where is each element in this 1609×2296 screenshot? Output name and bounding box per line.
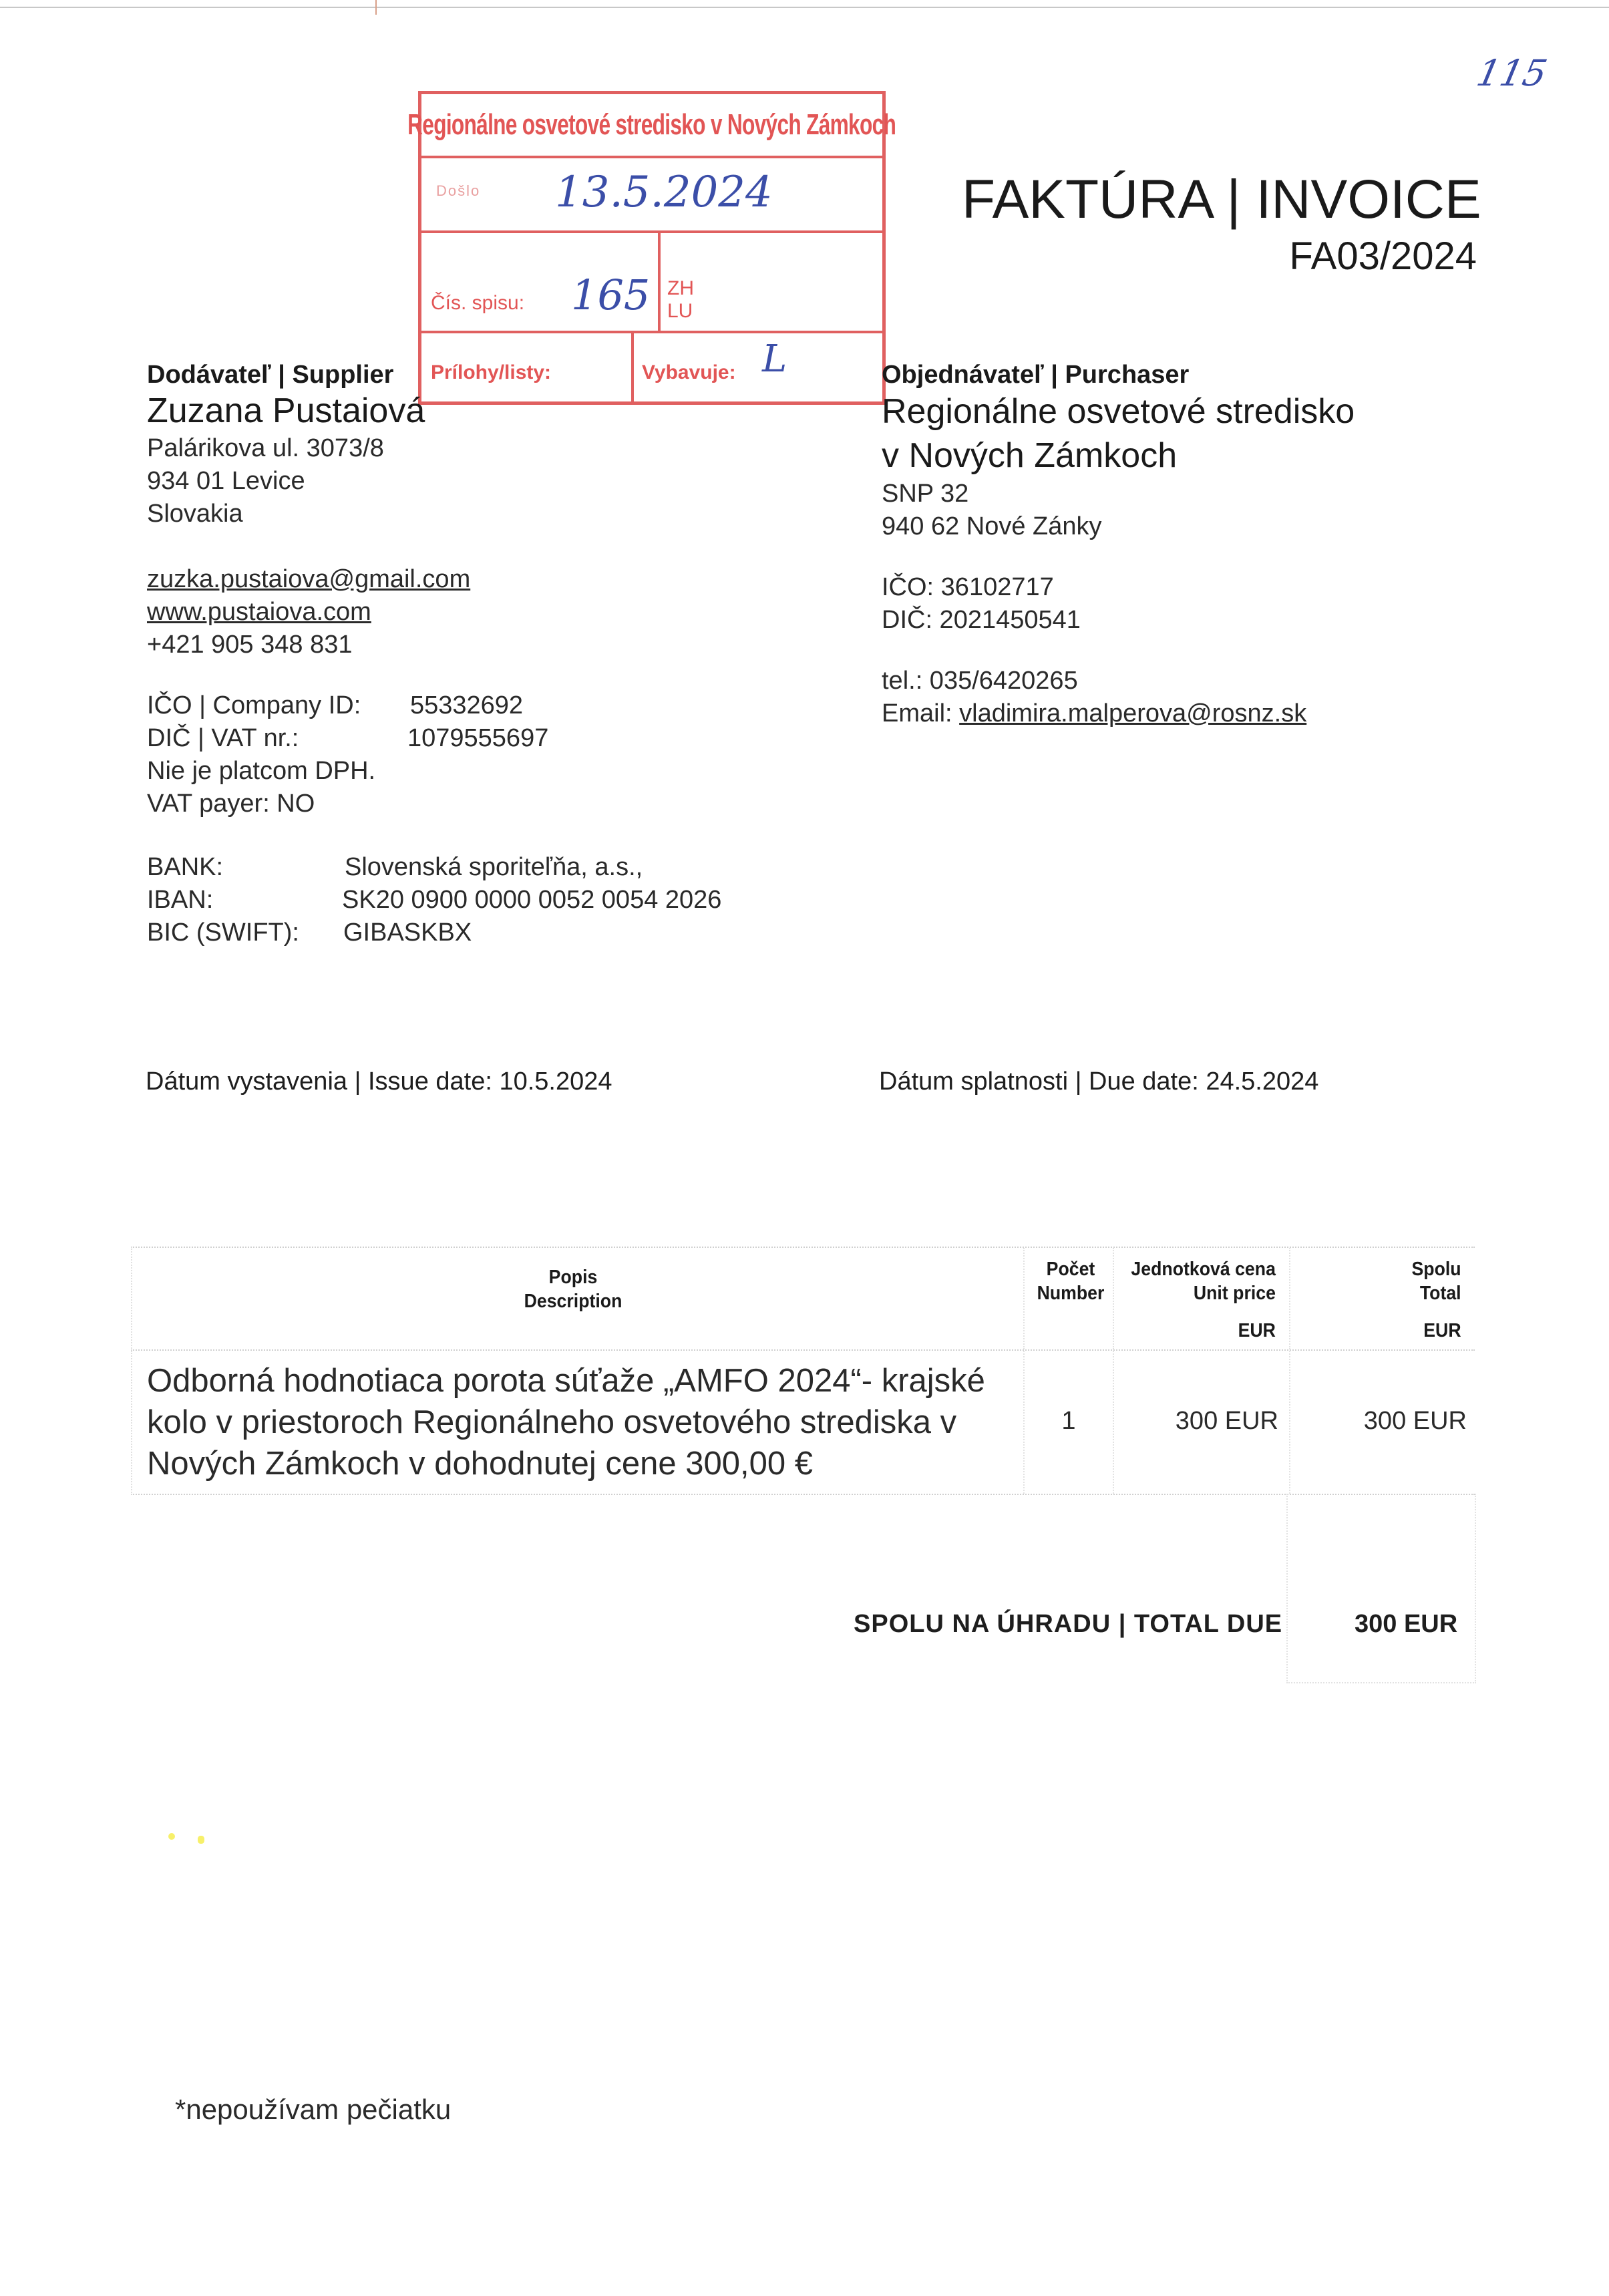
spacer	[147, 661, 721, 689]
header-quantity-en: Number	[1031, 1281, 1111, 1305]
supplier-dic-row: DIČ | VAT nr.: 1079555697	[147, 722, 721, 755]
header-total-currency: EUR	[1301, 1319, 1461, 1343]
column-divider	[1289, 1248, 1290, 1349]
purchaser-address-line: SNP 32	[882, 478, 1355, 510]
supplier-heading: Dodávateľ | Supplier	[147, 361, 721, 389]
supplier-website-link[interactable]: www.pustaiova.com	[147, 598, 371, 626]
supplier-block: Dodávateľ | Supplier Zuzana Pustaiová Pa…	[147, 361, 721, 949]
column-divider	[1289, 1351, 1290, 1494]
purchaser-email-label: Email:	[882, 699, 952, 727]
header-total-sk: Spolu	[1301, 1257, 1461, 1281]
supplier-email-link[interactable]: zuzka.pustaiova@gmail.com	[147, 565, 470, 593]
stamp-record-cell: Čís. spisu: 165	[421, 230, 661, 331]
supplier-vat-note-sk: Nie je platcom DPH.	[147, 755, 721, 788]
purchaser-block: Objednávateľ | Purchaser Regionálne osve…	[882, 361, 1355, 730]
supplier-iban-label: IBAN:	[147, 884, 342, 917]
stamp-organization: Regionálne osvetové stredisko v Nových Z…	[408, 108, 896, 142]
column-divider	[1023, 1248, 1025, 1349]
header-unit-price-sk: Jednotková cena	[1121, 1257, 1276, 1281]
supplier-ico-row: IČO | Company ID: 55332692	[147, 689, 721, 722]
handwritten-page-number: 115	[1473, 52, 1550, 94]
total-due-value: 300 EUR	[1355, 1610, 1457, 1639]
supplier-bic-label: BIC (SWIFT):	[147, 917, 343, 949]
items-table: Popis Description Počet Number Jednotkov…	[131, 1247, 1475, 1495]
purchaser-tel: tel.: 035/6420265	[882, 665, 1355, 697]
supplier-ico-label: IČO | Company ID:	[147, 689, 410, 722]
purchaser-address-line: 940 62 Nové Zánky	[882, 510, 1355, 543]
header-total-en: Total	[1301, 1281, 1461, 1305]
supplier-bank-value: Slovenská sporiteľňa, a.s.,	[345, 851, 643, 884]
supplier-dic-label: DIČ | VAT nr.:	[147, 722, 407, 755]
purchaser-name-line2: v Nových Zámkoch	[882, 434, 1355, 478]
highlighter-spot	[198, 1836, 204, 1844]
spacer	[147, 530, 721, 563]
supplier-vat-note-en: VAT payer: NO	[147, 788, 721, 820]
supplier-name: Zuzana Pustaiová	[147, 391, 721, 431]
page-top-edge	[0, 7, 1609, 8]
supplier-address-line: 934 01 Levice	[147, 465, 721, 498]
stamp-code: ZH	[667, 277, 694, 300]
total-due-label: SPOLU NA ÚHRADU | TOTAL DUE	[854, 1610, 1282, 1639]
supplier-ico-value: 55332692	[410, 689, 523, 722]
document-title: FAKTÚRA | INVOICE	[962, 168, 1481, 231]
supplier-address-line: Slovakia	[147, 498, 721, 530]
table-header-row: Popis Description Počet Number Jednotkov…	[131, 1247, 1475, 1351]
stamp-received-date: 13.5.2024	[555, 168, 773, 217]
item-quantity: 1	[1027, 1407, 1110, 1436]
stamp-organization-row: Regionálne osvetové stredisko v Nových Z…	[421, 94, 882, 158]
header-total: Spolu Total EUR	[1301, 1257, 1461, 1343]
purchaser-heading: Objednávateľ | Purchaser	[882, 361, 1355, 389]
supplier-iban-row: IBAN: SK20 0900 0000 0052 0054 2026	[147, 884, 721, 917]
issue-date: Dátum vystavenia | Issue date: 10.5.2024	[146, 1068, 612, 1096]
no-stamp-note: *nepoužívam pečiatku	[175, 2094, 451, 2126]
item-description: Odborná hodnotiaca porota súťaže „AMFO 2…	[147, 1360, 1015, 1484]
registry-stamp: Regionálne osvetové stredisko v Nových Z…	[418, 91, 886, 405]
supplier-bic-value: GIBASKBX	[343, 917, 472, 949]
invoice-number: FA03/2024	[1289, 234, 1477, 279]
header-unit-price-en: Unit price	[1121, 1281, 1276, 1305]
purchaser-name: Regionálne osvetové stredisko	[882, 389, 1355, 434]
column-divider	[1023, 1351, 1025, 1494]
due-date: Dátum splatnosti | Due date: 24.5.2024	[879, 1068, 1318, 1096]
purchaser-email-link[interactable]: vladimira.malperova@rosnz.sk	[959, 699, 1306, 727]
stamp-record-label: Čís. spisu:	[431, 292, 524, 315]
item-total: 300 EUR	[1294, 1407, 1467, 1436]
item-unit-price: 300 EUR	[1114, 1407, 1278, 1436]
table-row: Odborná hodnotiaca porota súťaže „AMFO 2…	[131, 1351, 1475, 1495]
supplier-dic-value: 1079555697	[407, 722, 548, 755]
spacer	[882, 543, 1355, 571]
stamp-handled-by: L	[762, 337, 787, 381]
stamp-received-row: Došlo 13.5.2024	[421, 156, 882, 233]
stamp-code: LU	[667, 300, 694, 323]
supplier-bank-label: BANK:	[147, 851, 345, 884]
supplier-phone: +421 905 348 831	[147, 629, 721, 661]
supplier-bank-row: BANK: Slovenská sporiteľňa, a.s.,	[147, 851, 721, 884]
supplier-bic-row: BIC (SWIFT): GIBASKBX	[147, 917, 721, 949]
purchaser-email-row: Email: vladimira.malperova@rosnz.sk	[882, 697, 1355, 730]
stamp-codes: ZH LU	[667, 277, 694, 323]
header-description: Popis Description	[512, 1265, 635, 1313]
column-divider	[1113, 1248, 1114, 1349]
spacer	[882, 637, 1355, 665]
scan-mark	[375, 0, 377, 15]
header-quantity-sk: Počet	[1031, 1257, 1111, 1281]
supplier-iban-value: SK20 0900 0000 0052 0054 2026	[342, 884, 721, 917]
header-quantity: Počet Number	[1031, 1257, 1111, 1305]
purchaser-ico: IČO: 36102717	[882, 571, 1355, 604]
stamp-record-number: 165	[571, 271, 650, 319]
header-description-sk: Popis	[512, 1265, 635, 1289]
highlighter-spot	[168, 1833, 175, 1840]
total-box	[1286, 1494, 1476, 1683]
purchaser-dic: DIČ: 2021450541	[882, 604, 1355, 637]
header-description-en: Description	[512, 1289, 635, 1313]
spacer	[147, 820, 721, 851]
stamp-received-label: Došlo	[436, 182, 480, 200]
supplier-address-line: Palárikova ul. 3073/8	[147, 432, 721, 465]
header-unit-price-currency: EUR	[1121, 1319, 1276, 1343]
stamp-record-row: Čís. spisu: 165 ZH LU	[421, 230, 882, 333]
header-unit-price: Jednotková cena Unit price EUR	[1121, 1257, 1276, 1343]
